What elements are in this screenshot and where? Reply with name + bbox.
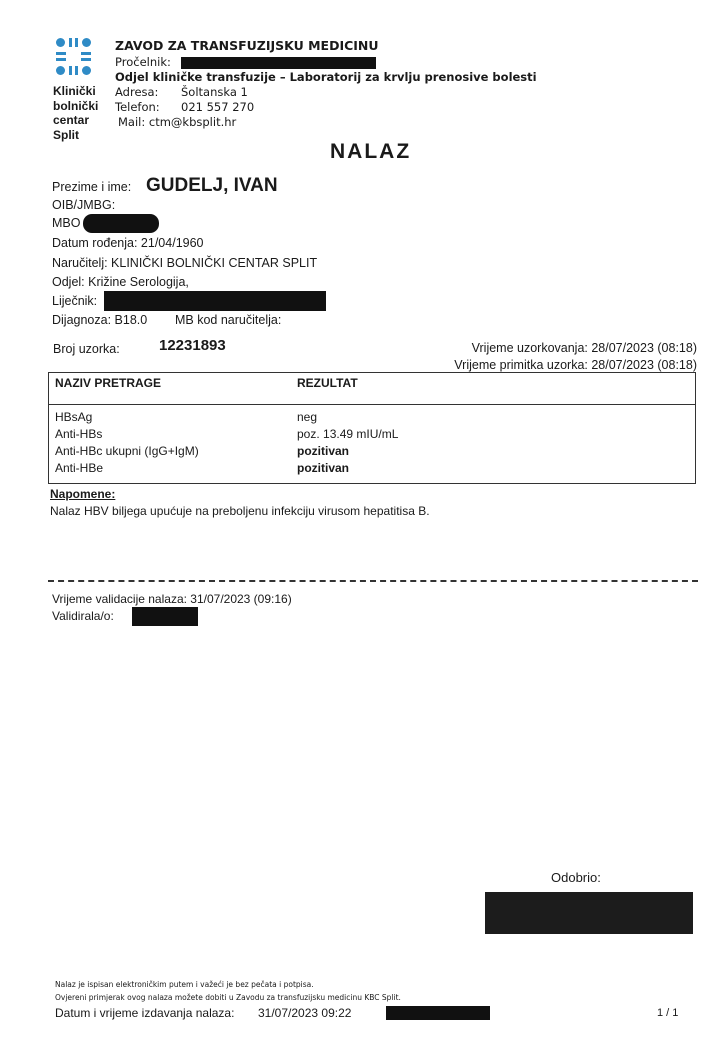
address-value: Šoltanska 1 [181, 85, 248, 99]
phone-value: 021 557 270 [181, 100, 254, 114]
redacted-issuer [386, 1006, 490, 1020]
hospital-logo-icon [56, 38, 98, 80]
test-name: Anti-HBc ukupni (IgG+IgM) [55, 444, 199, 458]
validated-by-label: Validirala/o: [52, 609, 114, 623]
test-result: pozitivan [297, 461, 349, 475]
mb-orderer-label: MB kod naručitelja: [175, 313, 281, 327]
hospital-name: Klinički bolnički centar Split [53, 84, 113, 142]
document-title: NALAZ [330, 140, 411, 164]
patient-name: GUDELJ, IVAN [146, 175, 278, 197]
receipt-time: Vrijeme primitka uzorka: 28/07/2023 (08:… [454, 358, 697, 372]
col-test-header: NAZIV PRETRAGE [55, 376, 161, 390]
diagnosis: Dijagnoza: B18.0 [52, 313, 147, 327]
test-result: poz. 13.49 mIU/mL [297, 427, 398, 441]
notes-label: Napomene: [50, 487, 115, 501]
test-name: Anti-HBs [55, 427, 102, 441]
address-label: Adresa: [115, 85, 158, 99]
footer-note-2: Ovjereni primjerak ovog nalaza možete do… [55, 993, 401, 1002]
test-name: Anti-HBe [55, 461, 103, 475]
oib-label: OIB/JMBG: [52, 198, 115, 212]
sample-number-label: Broj uzorka: [53, 342, 120, 356]
separator [48, 580, 698, 582]
institution-name: ZAVOD ZA TRANSFUZIJSKU MEDICINU [115, 38, 379, 53]
footer-note-1: Nalaz je ispisan elektroničkim putem i v… [55, 980, 314, 989]
redacted-validator [132, 607, 198, 626]
approval-label: Odobrio: [551, 870, 601, 885]
redacted-approver [485, 892, 693, 934]
test-name: HBsAg [55, 410, 92, 424]
test-result: neg [297, 410, 317, 424]
patient-name-label: Prezime i ime: [52, 180, 131, 194]
redacted-mbo [83, 214, 159, 233]
mbo-label: MBO [52, 216, 80, 230]
redacted-head-name [181, 57, 376, 69]
redacted-doctor [104, 291, 326, 311]
issued-label: Datum i vrijeme izdavanja nalaza: [55, 1006, 234, 1020]
patient-department: Odjel: Križine Serologija, [52, 275, 189, 289]
notes-text: Nalaz HBV biljega upućuje na preboljenu … [50, 504, 430, 518]
sampling-time: Vrijeme uzorkovanja: 28/07/2023 (08:18) [472, 341, 697, 355]
orderer: Naručitelj: KLINIČKI BOLNIČKI CENTAR SPL… [52, 256, 317, 270]
test-result: pozitivan [297, 444, 349, 458]
head-label: Pročelnik: [115, 55, 171, 69]
sample-number: 12231893 [159, 337, 226, 354]
issued-datetime: 31/07/2023 09:22 [258, 1006, 351, 1020]
col-result-header: REZULTAT [297, 376, 358, 390]
validation-time: Vrijeme validacije nalaza: 31/07/2023 (0… [52, 592, 292, 606]
phone-label: Telefon: [115, 100, 160, 114]
date-of-birth: Datum rođenja: 21/04/1960 [52, 236, 204, 250]
page-number: 1 / 1 [657, 1007, 678, 1019]
mail-link: Mail: ctm@kbsplit.hr [118, 115, 236, 129]
results-table: NAZIV PRETRAGE REZULTAT HBsAgnegAnti-HBs… [48, 372, 696, 484]
doctor-label: Liječnik: [52, 294, 97, 308]
department-name: Odjel kliničke transfuzije – Laboratorij… [115, 70, 537, 84]
